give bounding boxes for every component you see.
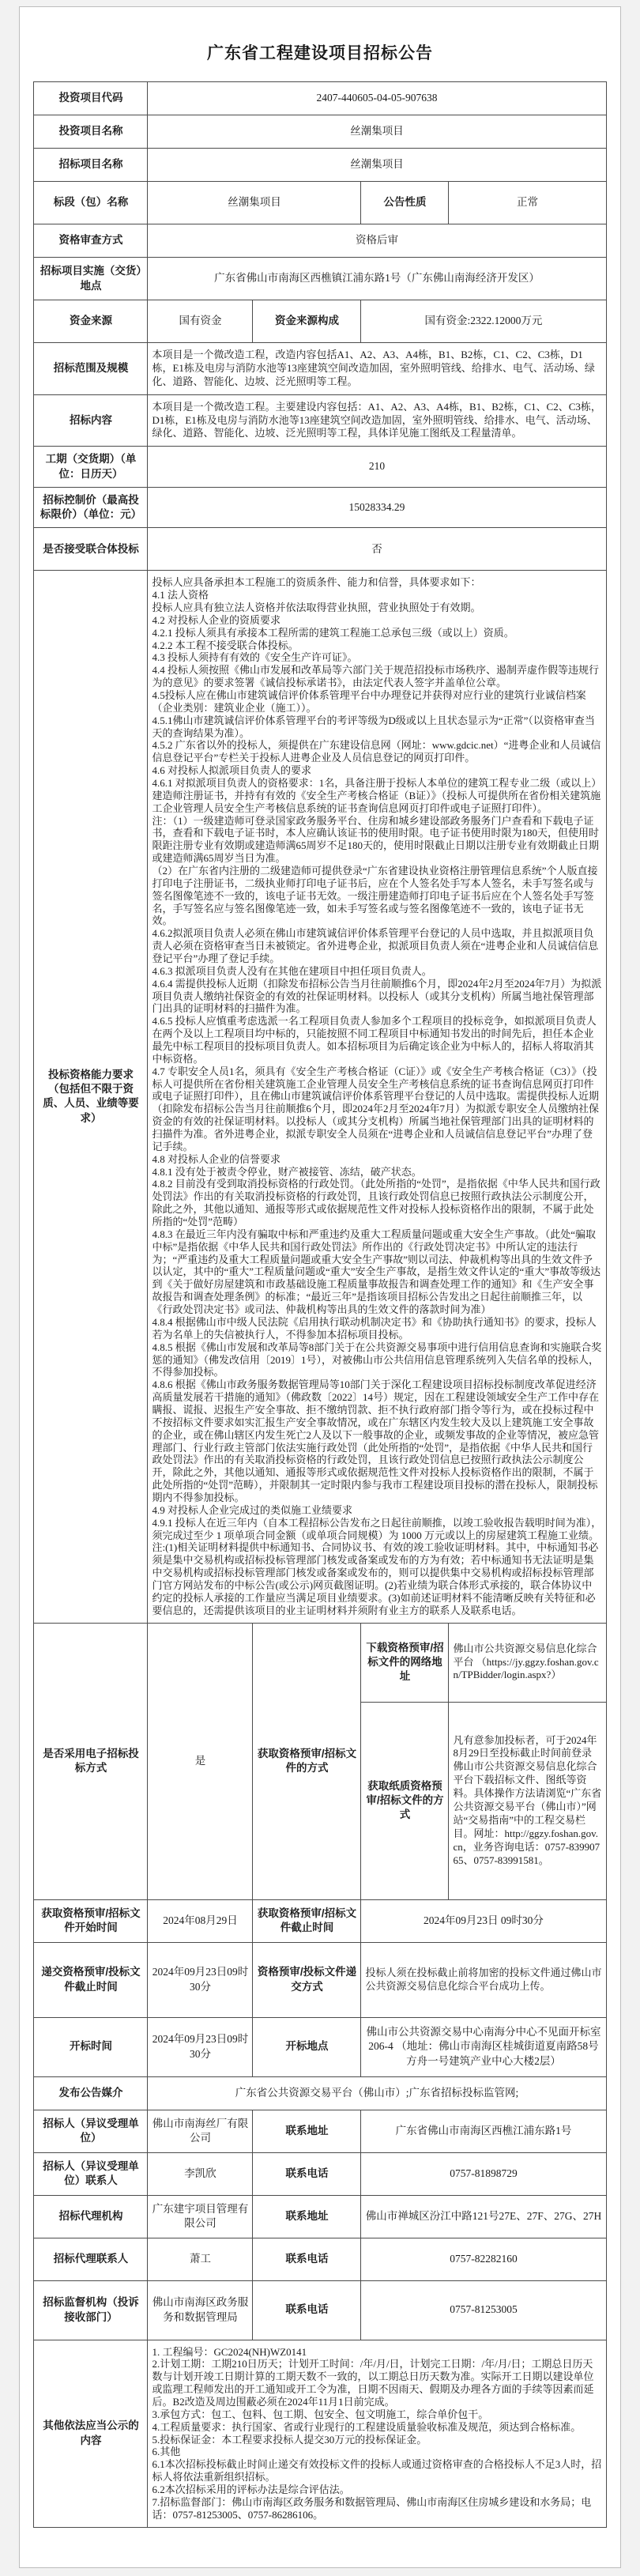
announcement-table: 投资项目代码 2407-440605-04-05-907638 投资项目名称 丝… bbox=[33, 81, 606, 2528]
agency-value: 广东建宇项目管理有限公司 bbox=[148, 2195, 253, 2238]
submit-method-label: 资格预审/投标文件递交方式 bbox=[253, 1942, 361, 2017]
submit-deadline-label: 递交资格预审/投标文件截止时间 bbox=[34, 1942, 148, 2017]
tenderer-value: 佛山市南海丝厂有限公司 bbox=[148, 2110, 253, 2152]
electronic-bidding-label: 是否采用电子招标投标方式 bbox=[34, 1623, 148, 1899]
duration-value: 210 bbox=[148, 447, 606, 487]
row-supervisor: 招标监督机构（投诉接收部门） 佛山市南海区政务服务和数据管理局 联系电话 075… bbox=[34, 2280, 606, 2340]
scope-label: 招标范围及规模 bbox=[34, 343, 148, 395]
section-value: 丝潮集项目 bbox=[148, 182, 361, 224]
submit-deadline-value: 2024年09月23日09时30分 bbox=[148, 1942, 253, 2017]
row-agency: 招标代理机构 广东建宇项目管理有限公司 联系地址 佛山市禅城区汾江中路121号2… bbox=[34, 2195, 606, 2238]
supervisor-phone-label: 联系电话 bbox=[253, 2280, 361, 2340]
location-label: 招标项目实施（交货）地点 bbox=[34, 258, 148, 300]
tenderer-address-value: 广东省佛山市南海区西樵江浦东路1号 bbox=[361, 2110, 606, 2152]
tenderer-phone-value: 0757-81898729 bbox=[361, 2152, 606, 2195]
tenderer-contact-label: 招标人（异议受理单位）联系人 bbox=[34, 2152, 148, 2195]
bid-opening-place-value: 佛山市公共资源交易中心南海分中心不见面开标室206-4 （地址：佛山市南海区桂城… bbox=[361, 2017, 606, 2076]
row-obtain-time: 获取资格预审/招标文件开始时间 2024年08月29日 获取资格预审/招标文件截… bbox=[34, 1899, 606, 1942]
review-value: 资格后审 bbox=[148, 224, 606, 258]
agency-label: 招标代理机构 bbox=[34, 2195, 148, 2238]
content-value: 本项目是一个微改造工程。主要建设内容包括：A1、A2、A3、A4栋，B1、B2栋… bbox=[148, 394, 606, 447]
row-tender-name: 招标项目名称 丝潮集项目 bbox=[34, 149, 606, 182]
obtain-deadline-label: 获取资格预审/招标文件截止时间 bbox=[253, 1899, 361, 1942]
obtain-start-label: 获取资格预审/招标文件开始时间 bbox=[34, 1899, 148, 1942]
agency-phone-value: 0757-82282160 bbox=[361, 2238, 606, 2280]
obtain-documents-method-label: 获取资格预审/招标文件的方式 bbox=[253, 1623, 361, 1899]
row-location: 招标项目实施（交货）地点 广东省佛山市南海区西樵镇江浦东路1号（广东佛山南海经济… bbox=[34, 258, 606, 300]
agency-contact-value: 萧工 bbox=[148, 2238, 253, 2280]
other-content-label: 其他依法应当公示的内容 bbox=[34, 2340, 148, 2527]
invest-name-value: 丝潮集项目 bbox=[148, 115, 606, 149]
paper-documents-value: 凡有意参加投标者，可于2024年8月29日至投标截止时间前登录佛山市公共资源交易… bbox=[449, 1702, 606, 1899]
agency-address-label: 联系地址 bbox=[253, 2195, 361, 2238]
supervisor-value: 佛山市南海区政务服务和数据管理局 bbox=[148, 2280, 253, 2340]
supervisor-phone-value: 0757-81253005 bbox=[361, 2280, 606, 2340]
tender-name-label: 招标项目名称 bbox=[34, 149, 148, 182]
row-other-content: 其他依法应当公示的内容 1. 工程编号：GC2024(NH)WZ0141 2.计… bbox=[34, 2340, 606, 2527]
tender-name-value: 丝潮集项目 bbox=[148, 149, 606, 182]
tenderer-address-label: 联系地址 bbox=[253, 2110, 361, 2152]
invest-name-label: 投资项目名称 bbox=[34, 115, 148, 149]
qualification-label: 投标资格能力要求（包括但不限于资质、人员、业绩等要求） bbox=[34, 571, 148, 1623]
content-label: 招标内容 bbox=[34, 394, 148, 447]
notice-nature-label: 公告性质 bbox=[361, 182, 449, 224]
supervisor-label: 招标监督机构（投诉接收部门） bbox=[34, 2280, 148, 2340]
announcement-page: 广东省工程建设项目招标公告 投资项目代码 2407-440605-04-05-9… bbox=[19, 6, 621, 2568]
row-scope: 招标范围及规模 本项目是一个微改造工程，改造内容包括A1、A2、A3、A4栋，B… bbox=[34, 343, 606, 395]
funding-label: 资金来源 bbox=[34, 300, 148, 343]
agency-phone-label: 联系电话 bbox=[253, 2238, 361, 2280]
row-consortium: 是否接受联合体投标 否 bbox=[34, 528, 606, 571]
row-funding: 资金来源 国有资金 资金来源构成 国有资金:2322.12000万元 bbox=[34, 300, 606, 343]
row-media: 发布公告媒介 广东省公共资源交易平台（佛山市）;广东省招标投标监管网; bbox=[34, 2076, 606, 2110]
row-submit-deadline: 递交资格预审/投标文件截止时间 2024年09月23日09时30分 资格预审/投… bbox=[34, 1942, 606, 2017]
row-project-code: 投资项目代码 2407-440605-04-05-907638 bbox=[34, 82, 606, 115]
section-label: 标段（包）名称 bbox=[34, 182, 148, 224]
funding-composition-label: 资金来源构成 bbox=[253, 300, 361, 343]
other-content-value: 1. 工程编号：GC2024(NH)WZ0141 2.计划工期：工期210日历天… bbox=[148, 2340, 606, 2527]
row-invest-name: 投资项目名称 丝潮集项目 bbox=[34, 115, 606, 149]
price-limit-value: 15028334.29 bbox=[148, 487, 606, 527]
price-limit-label: 招标控制价（最高投标限价）（单位：元） bbox=[34, 487, 148, 527]
bid-opening-place-label: 开标地点 bbox=[253, 2017, 361, 2076]
project-code-value: 2407-440605-04-05-907638 bbox=[148, 82, 606, 115]
location-value: 广东省佛山市南海区西樵镇江浦东路1号（广东佛山南海经济开发区） bbox=[148, 258, 606, 300]
bid-opening-time-value: 2024年09月23日09时30分 bbox=[148, 2017, 253, 2076]
row-review: 资格审查方式 资格后审 bbox=[34, 224, 606, 258]
row-tenderer: 招标人（异议受理单位） 佛山市南海丝厂有限公司 联系地址 广东省佛山市南海区西樵… bbox=[34, 2110, 606, 2152]
obtain-deadline-value: 2024年09月23日 09时30分 bbox=[361, 1899, 606, 1942]
obtain-start-value: 2024年08月29日 bbox=[148, 1899, 253, 1942]
notice-nature-value: 正常 bbox=[449, 182, 606, 224]
download-url-label: 下载资格预审/招标文件的网络地址 bbox=[361, 1623, 449, 1702]
consortium-label: 是否接受联合体投标 bbox=[34, 528, 148, 571]
tenderer-contact-value: 李凯欣 bbox=[148, 2152, 253, 2195]
funding-composition-value: 国有资金:2322.12000万元 bbox=[361, 300, 606, 343]
funding-value: 国有资金 bbox=[148, 300, 253, 343]
media-value: 广东省公共资源交易平台（佛山市）;广东省招标投标监管网; bbox=[148, 2076, 606, 2110]
bid-opening-time-label: 开标时间 bbox=[34, 2017, 148, 2076]
tenderer-phone-label: 联系电话 bbox=[253, 2152, 361, 2195]
download-url-value: 佛山市公共资源交易信息化综合平台 （https://jy.ggzy.foshan… bbox=[449, 1623, 606, 1702]
row-tenderer-contact: 招标人（异议受理单位）联系人 李凯欣 联系电话 0757-81898729 bbox=[34, 2152, 606, 2195]
row-bid-opening: 开标时间 2024年09月23日09时30分 开标地点 佛山市公共资源交易中心南… bbox=[34, 2017, 606, 2076]
qualification-value: 投标人应具备承担本工程施工的资质条件、能力和信誉，具体要求如下： 4.1 法人资… bbox=[148, 571, 606, 1623]
scope-value: 本项目是一个微改造工程，改造内容包括A1、A2、A3、A4栋，B1、B2栋，C1… bbox=[148, 343, 606, 395]
row-section: 标段（包）名称 丝潮集项目 公告性质 正常 bbox=[34, 182, 606, 224]
row-electronic-bidding: 是否采用电子招标投标方式 是 获取资格预审/招标文件的方式 下载资格预审/招标文… bbox=[34, 1623, 606, 1702]
agency-contact-label: 招标代理联系人 bbox=[34, 2238, 148, 2280]
row-agency-contact: 招标代理联系人 萧工 联系电话 0757-82282160 bbox=[34, 2238, 606, 2280]
row-duration: 工期（交货期）（单位：日历天） 210 bbox=[34, 447, 606, 487]
row-content: 招标内容 本项目是一个微改造工程。主要建设内容包括：A1、A2、A3、A4栋，B… bbox=[34, 394, 606, 447]
agency-address-value: 佛山市禅城区汾江中路121号27E、27F、27G、27H bbox=[361, 2195, 606, 2238]
media-label: 发布公告媒介 bbox=[34, 2076, 148, 2110]
project-code-label: 投资项目代码 bbox=[34, 82, 148, 115]
review-label: 资格审查方式 bbox=[34, 224, 148, 258]
paper-documents-label: 获取纸质资格预审/招标文件的方式 bbox=[361, 1702, 449, 1899]
row-qualification: 投标资格能力要求（包括但不限于资质、人员、业绩等要求） 投标人应具备承担本工程施… bbox=[34, 571, 606, 1623]
duration-label: 工期（交货期）（单位：日历天） bbox=[34, 447, 148, 487]
electronic-bidding-value: 是 bbox=[148, 1623, 253, 1899]
page-title: 广东省工程建设项目招标公告 bbox=[20, 7, 620, 81]
row-price-limit: 招标控制价（最高投标限价）（单位：元） 15028334.29 bbox=[34, 487, 606, 527]
consortium-value: 否 bbox=[148, 528, 606, 571]
submit-method-value: 投标人须在投标截止前将加密的投标文件通过佛山市公共资源交易信息化综合平台成功上传… bbox=[361, 1942, 606, 2017]
tenderer-label: 招标人（异议受理单位） bbox=[34, 2110, 148, 2152]
